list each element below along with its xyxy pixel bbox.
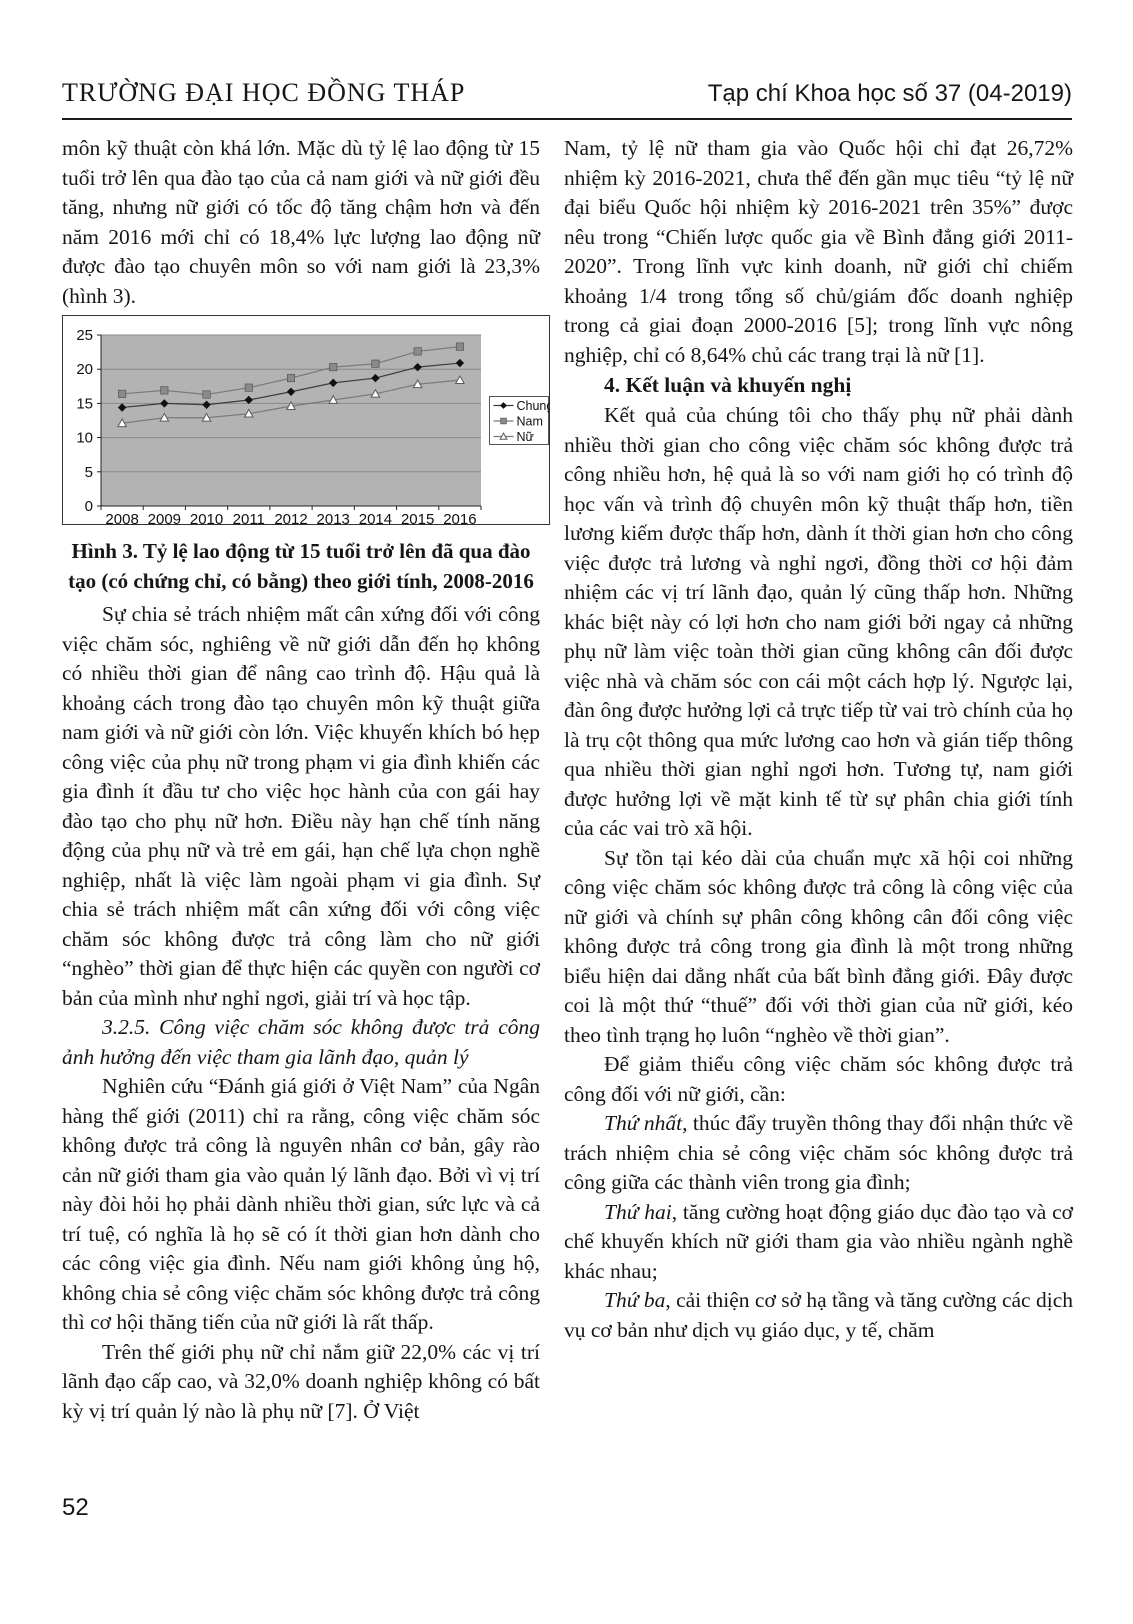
- legend: ChungNamNữ: [490, 397, 551, 445]
- legend-label: Nam: [517, 415, 543, 429]
- paragraph: Sự chia sẻ trách nhiệm mất cân xứng đối …: [62, 600, 540, 1013]
- paragraph: Nam, tỷ lệ nữ tham gia vào Quốc hội chỉ …: [564, 134, 1073, 370]
- journal-page: TRƯỜNG ĐẠI HỌC ĐỒNG THÁP Tạp chí Khoa họ…: [0, 0, 1133, 1624]
- left-column: môn kỹ thuật còn khá lớn. Mặc dù tỷ lệ l…: [62, 134, 540, 1426]
- page-number: 52: [62, 1494, 89, 1522]
- square-marker: [245, 384, 252, 391]
- square-marker: [372, 360, 379, 367]
- paragraph: Thứ hai, tăng cường hoạt động giáo dục đ…: [564, 1198, 1073, 1287]
- y-axis-tick-label: 20: [76, 361, 93, 378]
- paragraph-lead-italic: Thứ hai: [604, 1200, 672, 1224]
- square-marker: [161, 387, 168, 394]
- figure-caption: Hình 3. Tỷ lệ lao động từ 15 tuổi trở lê…: [64, 536, 538, 596]
- square-marker: [118, 390, 125, 397]
- paragraph: môn kỹ thuật còn khá lớn. Mặc dù tỷ lệ l…: [62, 134, 540, 311]
- paragraph: Trên thế giới phụ nữ chỉ nắm giữ 22,0% c…: [62, 1338, 540, 1427]
- y-axis-tick-label: 25: [76, 327, 93, 344]
- x-axis-tick-label: 2015: [401, 511, 434, 525]
- y-axis-tick-label: 15: [76, 395, 93, 412]
- paragraph: Kết quả của chúng tôi cho thấy phụ nữ ph…: [564, 401, 1073, 844]
- x-axis-tick-label: 2011: [233, 511, 265, 525]
- section-heading: 4. Kết luận và khuyến nghị: [564, 370, 1073, 401]
- paragraph: Thứ nhất, thúc đẩy truyền thông thay đổi…: [564, 1109, 1073, 1198]
- x-axis-tick-label: 2014: [359, 511, 392, 525]
- paragraph-lead-italic: Thứ nhất,: [604, 1111, 687, 1135]
- x-axis-tick-label: 2012: [274, 511, 307, 525]
- square-marker: [501, 418, 507, 424]
- x-axis-tick-label: 2016: [443, 511, 476, 525]
- square-marker: [456, 343, 463, 350]
- x-axis-tick-label: 2009: [148, 511, 181, 525]
- subsection-heading: 3.2.5. Công việc chăm sóc không được trả…: [62, 1013, 540, 1072]
- legend-label: Nữ: [517, 430, 534, 444]
- square-marker: [414, 348, 421, 355]
- paragraph: Nghiên cứu “Đánh giá giới ở Việt Nam” củ…: [62, 1072, 540, 1338]
- square-marker: [203, 391, 210, 398]
- legend-label: Chung: [517, 399, 551, 413]
- x-axis-tick-label: 2008: [105, 511, 138, 525]
- paragraph-lead-italic: Thứ ba: [604, 1288, 665, 1312]
- university-name: TRƯỜNG ĐẠI HỌC ĐỒNG THÁP: [62, 78, 465, 108]
- two-column-body: môn kỹ thuật còn khá lớn. Mặc dù tỷ lệ l…: [62, 134, 1072, 1426]
- y-axis-tick-label: 5: [85, 464, 93, 481]
- journal-issue: Tạp chí Khoa học số 37 (04-2019): [708, 80, 1072, 108]
- y-axis-tick-label: 10: [76, 430, 93, 447]
- x-axis-tick-label: 2013: [317, 511, 350, 525]
- right-column: Nam, tỷ lệ nữ tham gia vào Quốc hội chỉ …: [564, 134, 1073, 1426]
- page-header: TRƯỜNG ĐẠI HỌC ĐỒNG THÁP Tạp chí Khoa họ…: [62, 0, 1072, 120]
- line-chart: 0510152025200820092010201120122013201420…: [62, 315, 550, 525]
- square-marker: [287, 374, 294, 381]
- y-axis-tick-label: 0: [85, 498, 93, 515]
- paragraph: Thứ ba, cải thiện cơ sở hạ tầng và tăng …: [564, 1286, 1073, 1345]
- square-marker: [330, 363, 337, 370]
- paragraph: Để giảm thiểu công việc chăm sóc không đ…: [564, 1050, 1073, 1109]
- figure-3-chart: 0510152025200820092010201120122013201420…: [62, 315, 550, 530]
- paragraph: Sự tồn tại kéo dài của chuẩn mực xã hội …: [564, 844, 1073, 1051]
- x-axis-tick-label: 2010: [190, 511, 223, 525]
